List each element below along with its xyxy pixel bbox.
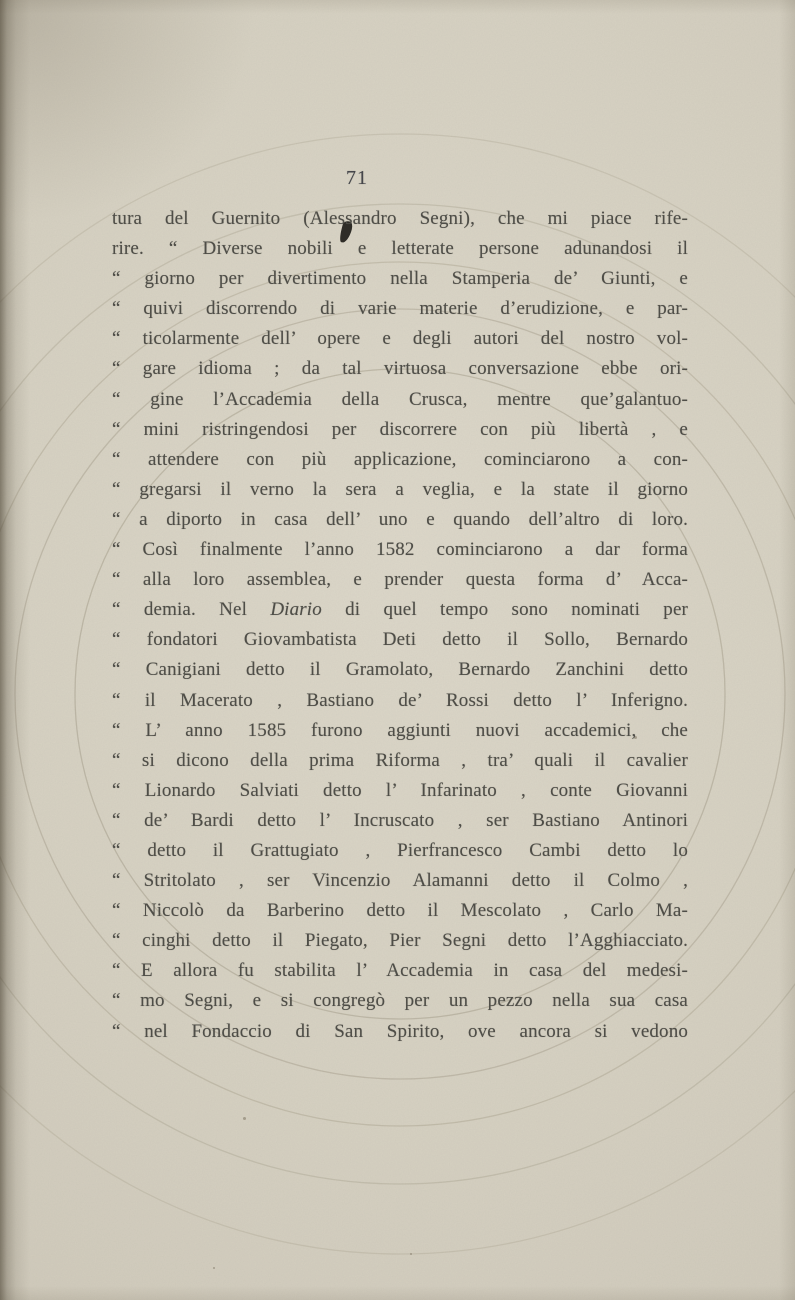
- text-line: “ Stritolato , ser Vincenzio Alamanni de…: [112, 866, 688, 896]
- text-line: “ gine l’Accademia della Crusca, mentre …: [112, 385, 688, 415]
- text-line: “ a diporto in casa dell’ uno e quando d…: [112, 505, 688, 535]
- text-line: “ si dicono della prima Riforma , tra’ q…: [112, 746, 688, 776]
- text-line: “ mo Segni, e si congregò per un pezzo n…: [112, 986, 688, 1016]
- text-line: “ cinghi detto il Piegato, Pier Segni de…: [112, 926, 688, 956]
- text-line: “ giorno per divertimento nella Stamperi…: [112, 264, 688, 294]
- page-number: 71: [327, 166, 387, 190]
- text-line: “ Lionardo Salviati detto l’ Infarinato …: [112, 776, 688, 806]
- paper-speck: [213, 1267, 215, 1269]
- text-line: “ L’ anno 1585 furono aggiunti nuovi acc…: [112, 716, 688, 746]
- text-line: “ detto il Grattugiato , Pierfrancesco C…: [112, 836, 688, 866]
- text-line: “ il Macerato , Bastiano de’ Rossi detto…: [112, 686, 688, 716]
- text-line: “ alla loro assemblea, e prender questa …: [112, 565, 688, 595]
- text-block: tura del Guernito (Alessandro Segni), ch…: [112, 204, 688, 1047]
- text-line: “ quivi discorrendo di varie materie d’e…: [112, 294, 688, 324]
- paper-speck: [243, 1117, 246, 1120]
- text-line: “ gregarsi il verno la sera a veglia, e …: [112, 475, 688, 505]
- text-line: tura del Guernito (Alessandro Segni), ch…: [112, 204, 688, 234]
- text-line: “ E allora fu stabilita l’ Accademia in …: [112, 956, 688, 986]
- text-line: “ Niccolò da Barberino detto il Mescolat…: [112, 896, 688, 926]
- text-line: “ mini ristringendosi per discorrere con…: [112, 415, 688, 445]
- scanned-book-page: 71 tura del Guernito (Alessandro Segni),…: [0, 0, 795, 1300]
- text-line: “ ticolarmente dell’ opere e degli autor…: [112, 324, 688, 354]
- text-line: “ gare idioma ; da tal virtuosa conversa…: [112, 354, 688, 384]
- text-line: “ attendere con più applicazione, cominc…: [112, 445, 688, 475]
- text-line: “ Così finalmente l’anno 1582 cominciaro…: [112, 535, 688, 565]
- paper-speck: [410, 1253, 412, 1255]
- text-line: rire. “ Diverse nobili e letterate perso…: [112, 234, 688, 264]
- text-line: “ demia. Nel Diario di quel tempo sono n…: [112, 595, 688, 625]
- text-line: “ Canigiani detto il Gramolato, Bernardo…: [112, 655, 688, 685]
- text-line: “ de’ Bardi detto l’ Incruscato , ser Ba…: [112, 806, 688, 836]
- text-line: “ nel Fondaccio di San Spirito, ove anco…: [112, 1017, 688, 1047]
- text-line: “ fondatori Giovambatista Deti detto il …: [112, 625, 688, 655]
